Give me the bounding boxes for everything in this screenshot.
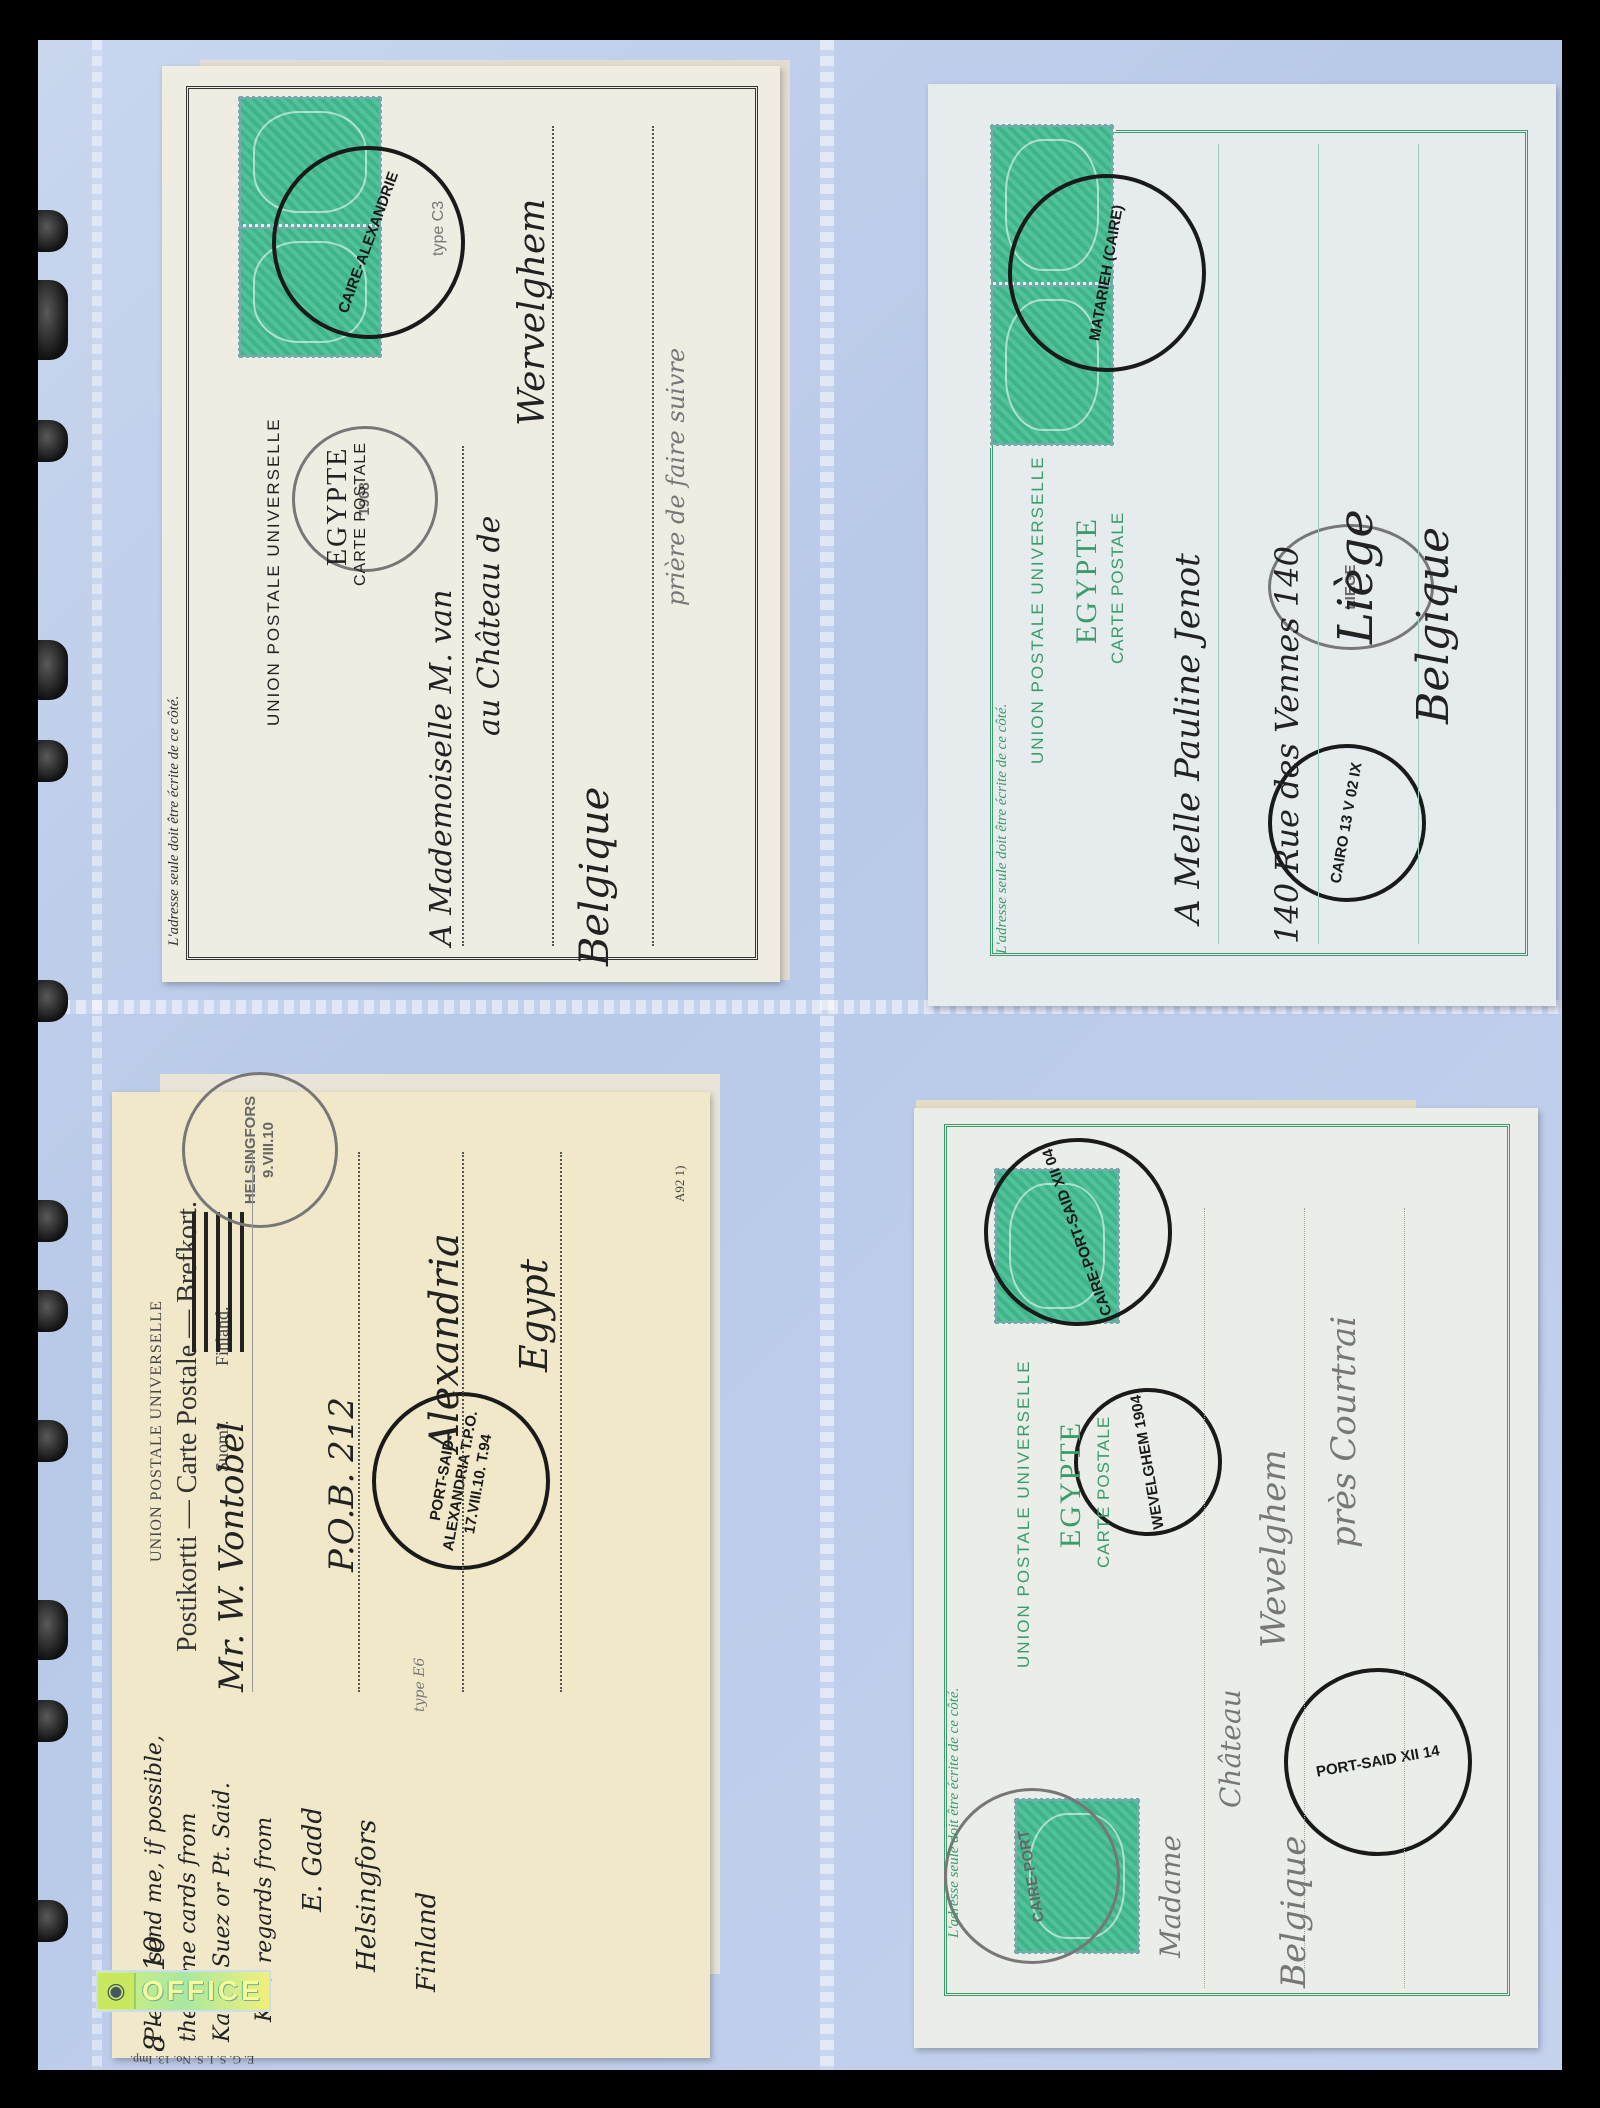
binder-hole: [38, 1200, 68, 1242]
side-note: L'adresse seule doit être écrite de ce c…: [994, 704, 1011, 954]
card-type-text: CARTE POSTALE: [1108, 512, 1128, 664]
cancel-bars: [192, 1212, 252, 1352]
header-text: UNION POSTALE UNIVERSELLE: [1028, 455, 1048, 764]
address-line: [462, 446, 464, 946]
printer-imprint: E. G. S. I. S. No. 13. Imp.: [130, 2052, 254, 2067]
address-line: [1318, 144, 1319, 944]
postcard-top-right: MATARIEH (CAIRE) CAIRO 13 V 02 IX LIEGE …: [928, 84, 1556, 1006]
address-handwriting: Wervelghem: [512, 199, 553, 426]
binder-hole: [38, 280, 68, 360]
office-watermark: ◉ OFFICE: [96, 1970, 271, 2012]
message-handwriting: E. Gadd: [298, 1807, 328, 1912]
postmark: HELSINGFORS 9.VIII.10: [182, 1072, 338, 1228]
header-text: UNION POSTALE UNIVERSELLE: [1014, 1359, 1034, 1668]
address-handwriting: Liège: [1328, 509, 1384, 644]
sleeve-weld-left: [92, 40, 102, 2070]
postcard-bottom-left: UNION POSTALE UNIVERSELLE Postikortti — …: [112, 1092, 710, 2058]
binder-hole: [38, 1420, 68, 1462]
binder-hole: [38, 1290, 68, 1332]
address-line: [560, 1152, 562, 1692]
country-text: EGYPTE: [322, 447, 354, 566]
side-note: L'adresse seule doit être écrite de ce c…: [166, 696, 183, 946]
address-line: [1204, 1208, 1205, 1988]
address-handwriting: Belgique: [1274, 1836, 1314, 1988]
address-line: [1218, 144, 1219, 944]
header-text: UNION POSTALE UNIVERSELLE: [264, 417, 284, 726]
address-handwriting: Belgique: [1408, 527, 1459, 724]
binder-hole: [38, 420, 68, 462]
address-handwriting: A Mademoiselle M. van: [424, 590, 459, 946]
message-handwriting: Finland: [412, 1892, 442, 1992]
address-handwriting: 140 Rue des Vennes 140: [1268, 546, 1306, 944]
side-note: L'adresse seule doit être écrite de ce c…: [946, 1688, 963, 1938]
address-handwriting: Mr. W. Vontobel: [212, 1422, 252, 1692]
corner-code: A92 1): [672, 1166, 688, 1202]
binder-hole: [38, 1700, 68, 1742]
card-type-text: CARTE POSTALE: [352, 442, 370, 586]
binder-hole: [38, 210, 68, 252]
header-text: UNION POSTALE UNIVERSELLE: [148, 1300, 166, 1562]
eye-logo-icon: ◉: [98, 1973, 136, 2009]
pencil-note: type E6: [412, 1658, 428, 1712]
address-handwriting: Madame: [1154, 1835, 1187, 1958]
country-text: EGYPTE: [1070, 517, 1104, 644]
address-handwriting: Château: [1214, 1689, 1247, 1808]
address-handwriting: Wevelghem: [1254, 1449, 1294, 1648]
address-line: [1404, 1208, 1405, 1988]
postcard-bottom-right: CAIRE-PORT-SAID XII 04 WEVELGHEM 1904 PO…: [914, 1108, 1538, 2048]
country-text: EGYPTE: [1054, 1421, 1088, 1548]
binder-hole: [38, 640, 68, 700]
message-handwriting: Helsingfors: [352, 1820, 382, 1972]
card-type-text: CARTE POSTALE: [1094, 1416, 1114, 1568]
postcard-top-left: CAIRE-ALEXANDRIE 1908 UNION POSTALE UNIV…: [162, 66, 780, 982]
address-handwriting: près Courtrai: [1324, 1316, 1364, 1548]
address-line: [252, 1152, 253, 1692]
address-handwriting: A Melle Pauline Jenot: [1168, 553, 1208, 924]
footer-note: prière de faire suivre: [662, 348, 690, 606]
address-handwriting: P.O.B. 212: [322, 1397, 362, 1572]
address-handwriting: Belgique: [572, 787, 618, 966]
binder-hole: [38, 980, 68, 1022]
address-handwriting: au Château de: [472, 516, 507, 736]
binder-hole: [38, 1900, 68, 1942]
address-handwriting: Alexandria: [422, 1233, 468, 1452]
binder-hole: [38, 1600, 68, 1660]
address-handwriting: Egypt: [512, 1259, 556, 1372]
address-line: [652, 126, 654, 946]
pencil-note: type C3: [430, 201, 448, 256]
sleeve-weld-vertical: [820, 40, 834, 2070]
binder-hole: [38, 740, 68, 782]
watermark-text: OFFICE: [136, 1975, 269, 2007]
